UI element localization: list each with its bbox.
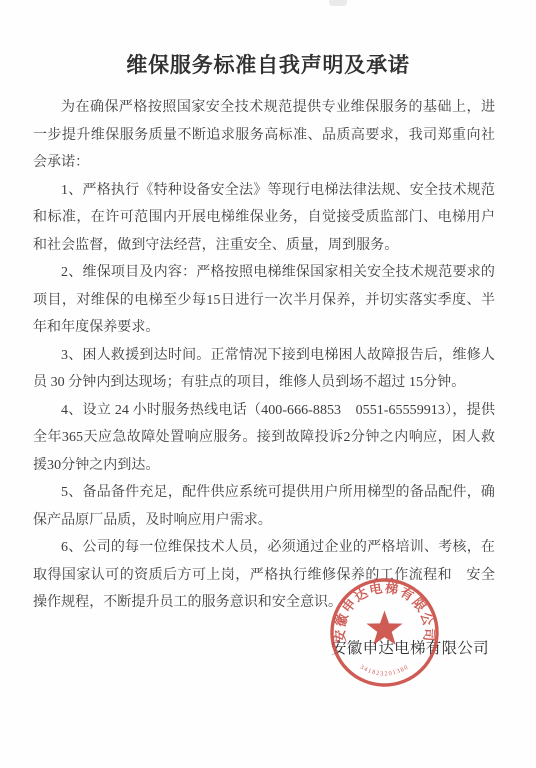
commitment-item-4: 4、设立 24 小时服务热线电话（400-666-8853 0551-65559… [33,397,495,480]
commitment-item-5: 5、备品备件充足，配件供应系统可提供用户所用梯型的备品配件，确保产品原厂品质，及… [33,479,495,534]
document-body: 为在确保严格按照国家安全技术规范提供专业维保服务的基础上，进一步提升维保服务质量… [0,77,536,617]
scan-smudge [329,0,347,6]
commitment-item-3: 3、困人救援到达时间。正常情况下接到电梯困人故障报告后，维修人员 30 分钟内到… [33,342,495,397]
document-title: 维保服务标准自我声明及承诺 [0,0,536,77]
commitment-item-6: 6、公司的每一位维保技术人员，必须通过企业的严格培训、考核，在取得国家认可的资质… [33,534,495,617]
commitment-item-1: 1、严格执行《特种设备安全法》等现行电梯法律法规、安全技术规范和标准，在许可范围… [33,177,495,260]
intro-paragraph: 为在确保严格按照国家安全技术规范提供专业维保服务的基础上，进一步提升维保服务质量… [33,94,495,177]
commitment-item-2: 2、维保项目及内容：严格按照电梯维保国家相关安全技术规范要求的项目，对维保的电梯… [33,259,495,342]
document-page: 维保服务标准自我声明及承诺 为在确保严格按照国家安全技术规范提供专业维保服务的基… [0,0,536,768]
company-signature: 安徽申达电梯有限公司 [331,636,489,658]
stamp-serial-number: 341823201380 [359,664,411,678]
